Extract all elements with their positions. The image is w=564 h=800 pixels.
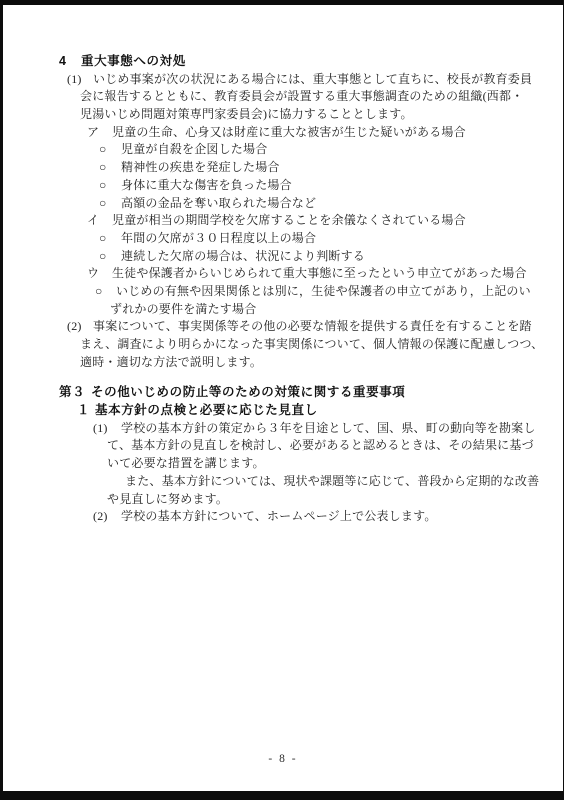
page-number: - 8 -	[3, 753, 563, 765]
line-label: ○	[95, 283, 102, 301]
line-text: いて必要な措置を講じます。	[107, 455, 265, 473]
document-page: 4重大事態への対処(1)いじめ事案が次の状況にある場合には、重大事態として直ちに…	[3, 5, 563, 791]
doc-line: いて必要な措置を講じます。	[3, 455, 563, 473]
line-label: イ	[87, 212, 99, 230]
line-label: 第３	[59, 384, 85, 402]
line-text: 児童が相当の期間学校を欠席することを余儀なくされている場合	[112, 212, 466, 230]
line-label: (1)	[67, 71, 82, 89]
doc-line: ウ生徒や保護者からいじめられて重大事態に至ったという申立てがあった場合	[3, 265, 563, 283]
scanned-document: { "document": { "page_number": "- 8 -", …	[0, 0, 564, 800]
line-text: 基本方針の点検と必要に応じた見直し	[95, 402, 318, 420]
line-text: いじめの有無や因果関係とは別に，生徒や保護者の申立てがあり，上記のい	[116, 283, 531, 301]
line-text: や見直しに努めます。	[107, 491, 228, 509]
line-label: ○	[99, 141, 106, 159]
line-text: 児童が自殺を企図した場合	[121, 141, 267, 159]
line-label: (2)	[67, 318, 82, 336]
line-label: ア	[87, 124, 99, 142]
line-text: 生徒や保護者からいじめられて重大事態に至ったという申立てがあった場合	[112, 265, 527, 283]
doc-line: 児湯いじめ問題対策専門家委員会)に協力することとします。	[3, 106, 563, 124]
doc-line: ○いじめの有無や因果関係とは別に，生徒や保護者の申立てがあり，上記のい	[3, 283, 563, 301]
doc-line: 4重大事態への対処	[3, 53, 563, 71]
line-text: 事案について、事実関係等その他の必要な情報を提供する責任を有することを踏	[93, 318, 532, 336]
line-text: 会に報告するとともに、教育委員会が設置する重大事態調査のための組織(西都・	[80, 88, 523, 106]
line-text: また、基本方針については、現状や課題等に応じて、普段から定期的な改善	[125, 473, 539, 491]
line-text: て、基本方針の見直しを検討し、必要があると認めるときは、その結果に基づ	[107, 437, 534, 455]
line-text: 高額の金品を奪い取られた場合など	[121, 195, 316, 213]
line-label: ○	[99, 230, 106, 248]
doc-line: １基本方針の点検と必要に応じた見直し	[3, 402, 563, 420]
doc-line: また、基本方針については、現状や課題等に応じて、普段から定期的な改善	[3, 473, 563, 491]
line-label: ○	[99, 177, 106, 195]
doc-line: て、基本方針の見直しを検討し、必要があると認めるときは、その結果に基づ	[3, 437, 563, 455]
doc-line: イ児童が相当の期間学校を欠席することを余儀なくされている場合	[3, 212, 563, 230]
doc-line: 会に報告するとともに、教育委員会が設置する重大事態調査のための組織(西都・	[3, 88, 563, 106]
line-text: 適時・適切な方法で説明します。	[80, 354, 262, 372]
doc-line: (1)いじめ事案が次の状況にある場合には、重大事態として直ちに、校長が教育委員	[3, 71, 563, 89]
line-label: 4	[59, 53, 67, 71]
line-label: (2)	[93, 508, 108, 526]
line-text: 身体に重大な傷害を負った場合	[121, 177, 292, 195]
doc-line: や見直しに努めます。	[3, 491, 563, 509]
line-label: ○	[99, 248, 106, 266]
doc-line: ○年間の欠席が３０日程度以上の場合	[3, 230, 563, 248]
line-text: 児湯いじめ問題対策専門家委員会)に協力することとします。	[80, 106, 413, 124]
line-text: 学校の基本方針の策定から３年を目途として、国、県、町の動向等を勘案し	[121, 420, 536, 438]
line-text: まえ、調査により明らかになった事実関係について、個人情報の保護に配慮しつつ、	[80, 336, 543, 354]
doc-line: ○高額の金品を奪い取られた場合など	[3, 195, 563, 213]
line-label: ○	[99, 159, 106, 177]
doc-line: ○児童が自殺を企図した場合	[3, 141, 563, 159]
line-label: ウ	[87, 265, 99, 283]
doc-line: (2)事案について、事実関係等その他の必要な情報を提供する責任を有することを踏	[3, 318, 563, 336]
doc-line: まえ、調査により明らかになった事実関係について、個人情報の保護に配慮しつつ、	[3, 336, 563, 354]
line-text: ずれかの要件を満たす場合	[110, 301, 256, 319]
document-body: 4重大事態への対処(1)いじめ事案が次の状況にある場合には、重大事態として直ちに…	[3, 5, 563, 526]
line-label: ○	[99, 195, 106, 213]
doc-line: ○精神性の疾患を発症した場合	[3, 159, 563, 177]
line-text: その他いじめの防止等のための対策に関する重要事項	[91, 384, 405, 402]
line-text: 学校の基本方針について、ホームページ上で公表します。	[121, 508, 437, 526]
doc-line: ○連続した欠席の場合は、状況により判断する	[3, 248, 563, 266]
doc-line: ア児童の生命、心身又は財産に重大な被害が生じた疑いがある場合	[3, 124, 563, 142]
doc-line: 適時・適切な方法で説明します。	[3, 354, 563, 372]
line-text: 精神性の疾患を発症した場合	[121, 159, 280, 177]
line-text: 重大事態への対処	[81, 53, 186, 71]
line-text: 児童の生命、心身又は財産に重大な被害が生じた疑いがある場合	[112, 124, 466, 142]
line-label: (1)	[93, 420, 108, 438]
line-text: 年間の欠席が３０日程度以上の場合	[121, 230, 316, 248]
doc-line: (2)学校の基本方針について、ホームページ上で公表します。	[3, 508, 563, 526]
line-label: １	[77, 402, 90, 420]
line-text: 連続した欠席の場合は、状況により判断する	[121, 248, 365, 266]
doc-line: 第３その他いじめの防止等のための対策に関する重要事項	[3, 384, 563, 402]
doc-line: ずれかの要件を満たす場合	[3, 301, 563, 319]
doc-line: (1)学校の基本方針の策定から３年を目途として、国、県、町の動向等を勘案し	[3, 420, 563, 438]
doc-line: ○身体に重大な傷害を負った場合	[3, 177, 563, 195]
line-text: いじめ事案が次の状況にある場合には、重大事態として直ちに、校長が教育委員	[93, 71, 532, 89]
